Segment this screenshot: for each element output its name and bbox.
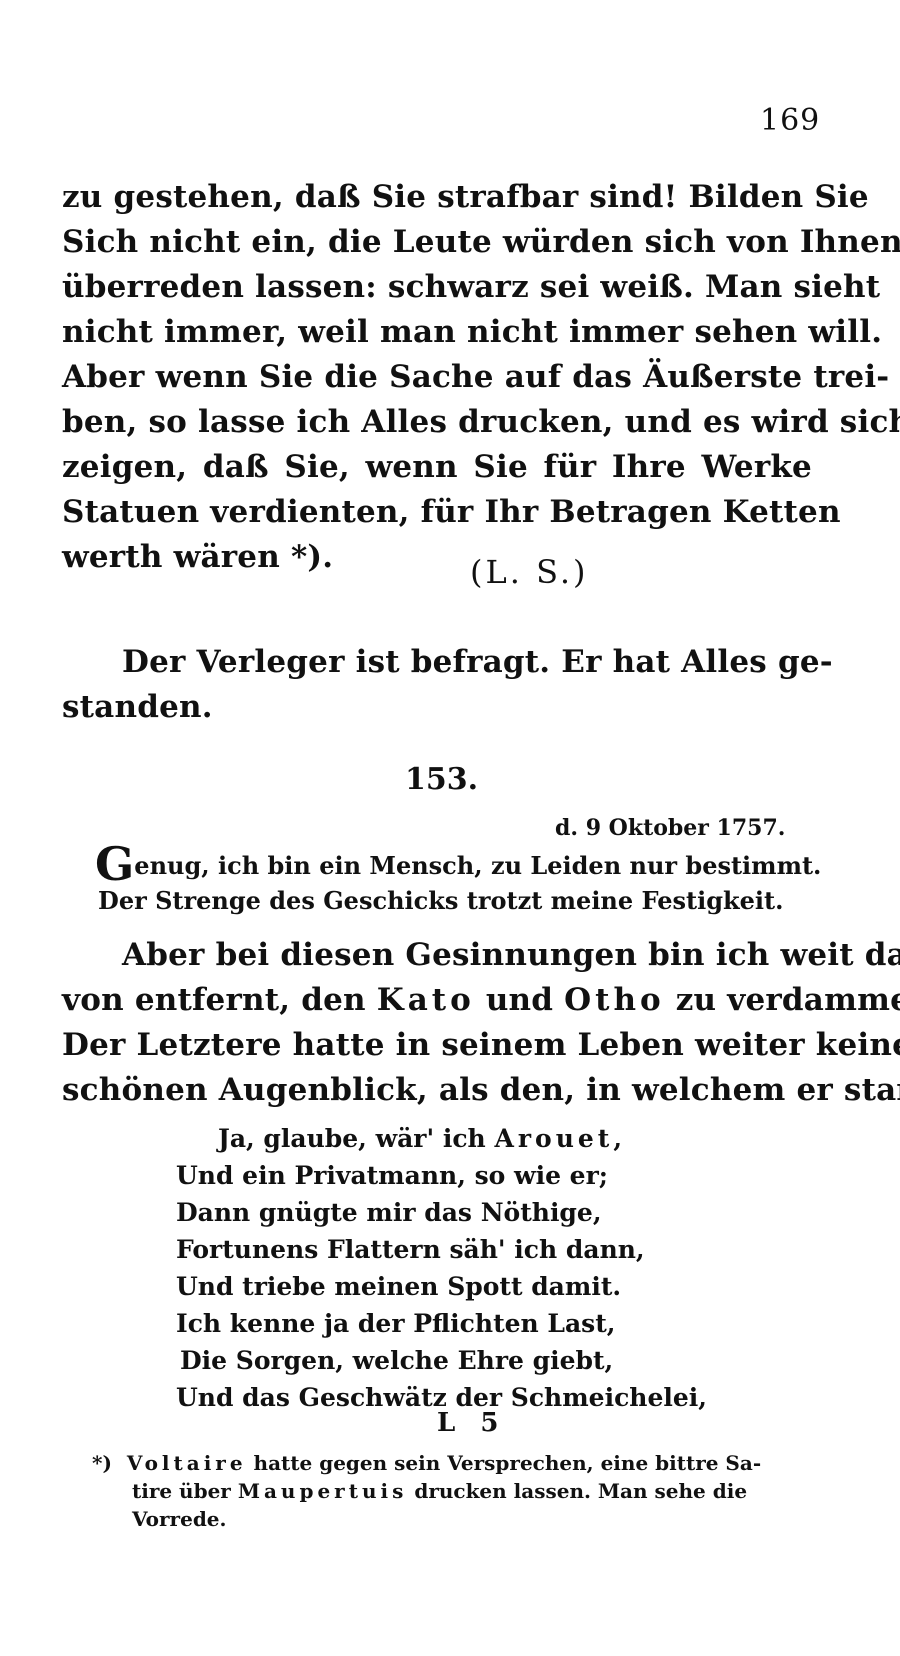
text-fragment: von entfernt, den [62,982,366,1018]
text-line: zeigen, daß Sie, wenn Sie für Ihre Werke [62,447,812,487]
text-line: werth wären *). [62,537,812,577]
footnote-text: tire über [132,1479,231,1503]
seal-mark: (L. S.) [470,553,589,591]
text-line: überreden lassen: schwarz sei weiß. Man … [62,267,812,307]
signature-mark: L 5 [437,1408,506,1438]
verse-line: Die Sorgen, welche Ehre giebt, [180,1344,613,1378]
footnote-line: *) Voltaire hatte gegen sein Versprechen… [92,1450,761,1476]
verse-line: Dann gnügte mir das Nöthige, [176,1196,602,1230]
epigraph-line: Genug, ich bin ein Mensch, zu Leiden nur… [95,848,820,882]
name-otho: Otho [564,982,665,1018]
verse-line: Fortunens Flattern säh' ich dann, [176,1233,645,1267]
text-line: von entfernt, den Kato und Otho zu verda… [62,980,812,1020]
text-fragment: zu verdammen. [676,982,900,1018]
letter-number-heading: 153. [405,762,478,797]
text-line: Aber bei diesen Gesinnungen bin ich weit… [122,935,812,975]
name-maupertuis: Maupertuis [238,1479,408,1503]
footnote-marker: *) [92,1451,112,1475]
name-kato: Kato [377,982,475,1018]
footnote-line: tire über Maupertuis drucken lassen. Man… [132,1478,747,1504]
text-line: Statuen verdienten, für Ihr Betragen Ket… [62,492,812,532]
text-line: Sich nicht ein, die Leute würden sich vo… [62,222,812,262]
epigraph-text: enug, ich bin ein Mensch, zu Leiden nur … [134,851,821,880]
footnote-line: Vorrede. [132,1506,227,1532]
text-line: Der Verleger ist befragt. Er hat Alles g… [122,642,812,682]
verse-text: Ja, glaube, wär' ich [218,1124,486,1153]
verse-line: Und triebe meinen Spott damit. [176,1270,621,1304]
footnote-text: drucken lassen. Man sehe die [414,1479,747,1503]
book-page: 169 zu gestehen, daß Sie strafbar sind! … [0,0,900,1656]
text-line: Der Letztere hatte in seinem Leben weite… [62,1025,812,1065]
verse-line: Ich kenne ja der Pflichten Last, [176,1307,616,1341]
text-line: schönen Augenblick, als den, in welchem … [62,1070,812,1110]
text-line: ben, so lasse ich Alles drucken, und es … [62,402,812,442]
footnote-text: hatte gegen sein Versprechen, eine bittr… [254,1451,762,1475]
text-line: standen. [62,687,812,727]
page-number: 169 [760,103,820,138]
verse-line: Ja, glaube, wär' ich Arouet, [218,1122,626,1156]
text-line: Aber wenn Sie die Sache auf das Äußerste… [62,357,812,397]
epigraph-line: Der Strenge des Geschicks trotzt meine F… [98,885,823,917]
name-arouet: Arouet, [494,1124,626,1153]
name-voltaire: Voltaire [127,1451,247,1475]
drop-cap: G [95,837,134,891]
text-line: zu gestehen, daß Sie strafbar sind! Bild… [62,177,812,217]
text-line: nicht immer, weil man nicht immer sehen … [62,312,812,352]
verse-line: Und ein Privatmann, so wie er; [176,1159,608,1193]
dateline: d. 9 Oktober 1757. [555,815,785,841]
text-fragment: und [486,982,553,1018]
